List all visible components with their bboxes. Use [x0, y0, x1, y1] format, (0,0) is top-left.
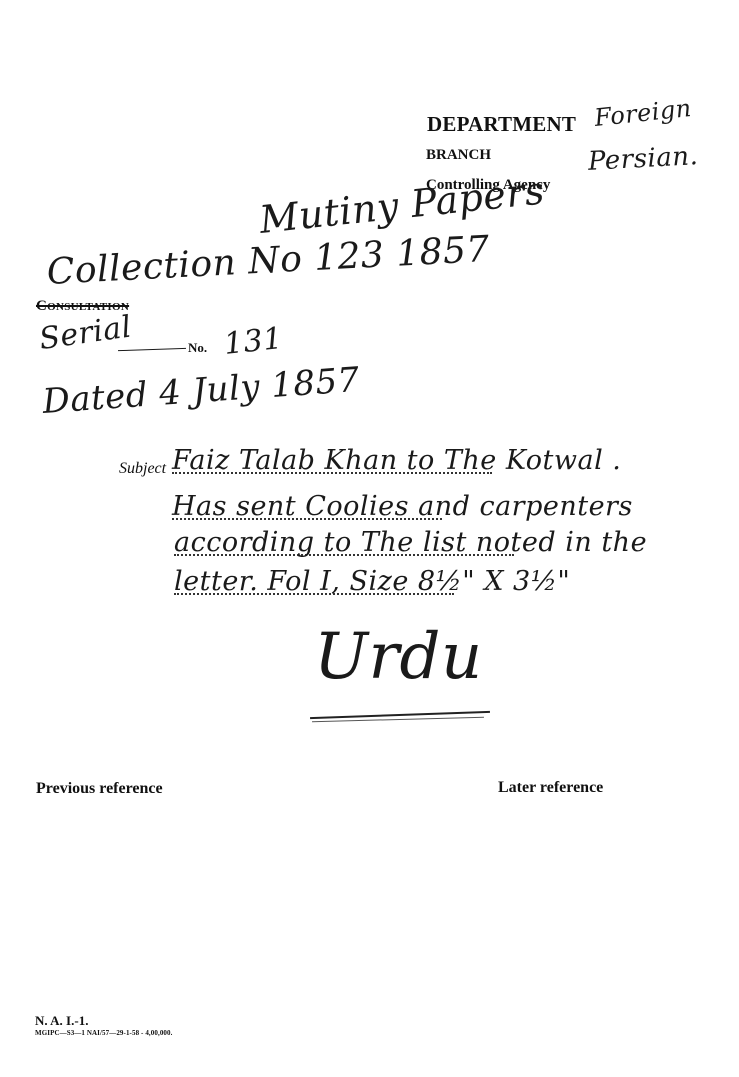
department-label: DEPARTMENT	[427, 112, 576, 137]
subject-text: Faiz Talab Khan to The Kotwal .	[172, 445, 621, 476]
subject-line: Faiz Talab Khan to The Kotwal .	[172, 440, 672, 480]
printer-imprint: MGIPC—S3—1 NAI/57—29-1-58 - 4,00,000.	[35, 1029, 172, 1037]
subject-line: letter. Fol I, Size 8½" X 3½"	[174, 561, 684, 601]
subject-text: letter. Fol I, Size 8½" X 3½"	[174, 566, 570, 597]
branch-label: BRANCH	[426, 147, 491, 164]
collection-title: Mutiny Papers	[257, 168, 546, 242]
later-reference-label: Later reference	[498, 779, 603, 797]
department-value: Foreign	[593, 94, 693, 132]
subject-text: according to The list noted in the	[174, 527, 647, 558]
number-label: No.	[188, 340, 207, 356]
form-code: N. A. I.-1.	[35, 1013, 88, 1029]
branch-value: Persian.	[587, 141, 699, 177]
dated-line: Dated 4 July 1857	[41, 360, 361, 422]
subject-line: according to The list noted in the	[174, 522, 684, 562]
subject-text: Has sent Coolies and carpenters	[172, 491, 633, 522]
subject-label: Subject	[119, 460, 166, 478]
subject-line: Has sent Coolies and carpenters	[172, 486, 672, 526]
language-annotation: Urdu	[314, 620, 483, 694]
serial-flourish-line	[118, 348, 186, 351]
previous-reference-label: Previous reference	[36, 780, 163, 798]
serial-number: 131	[222, 321, 284, 362]
